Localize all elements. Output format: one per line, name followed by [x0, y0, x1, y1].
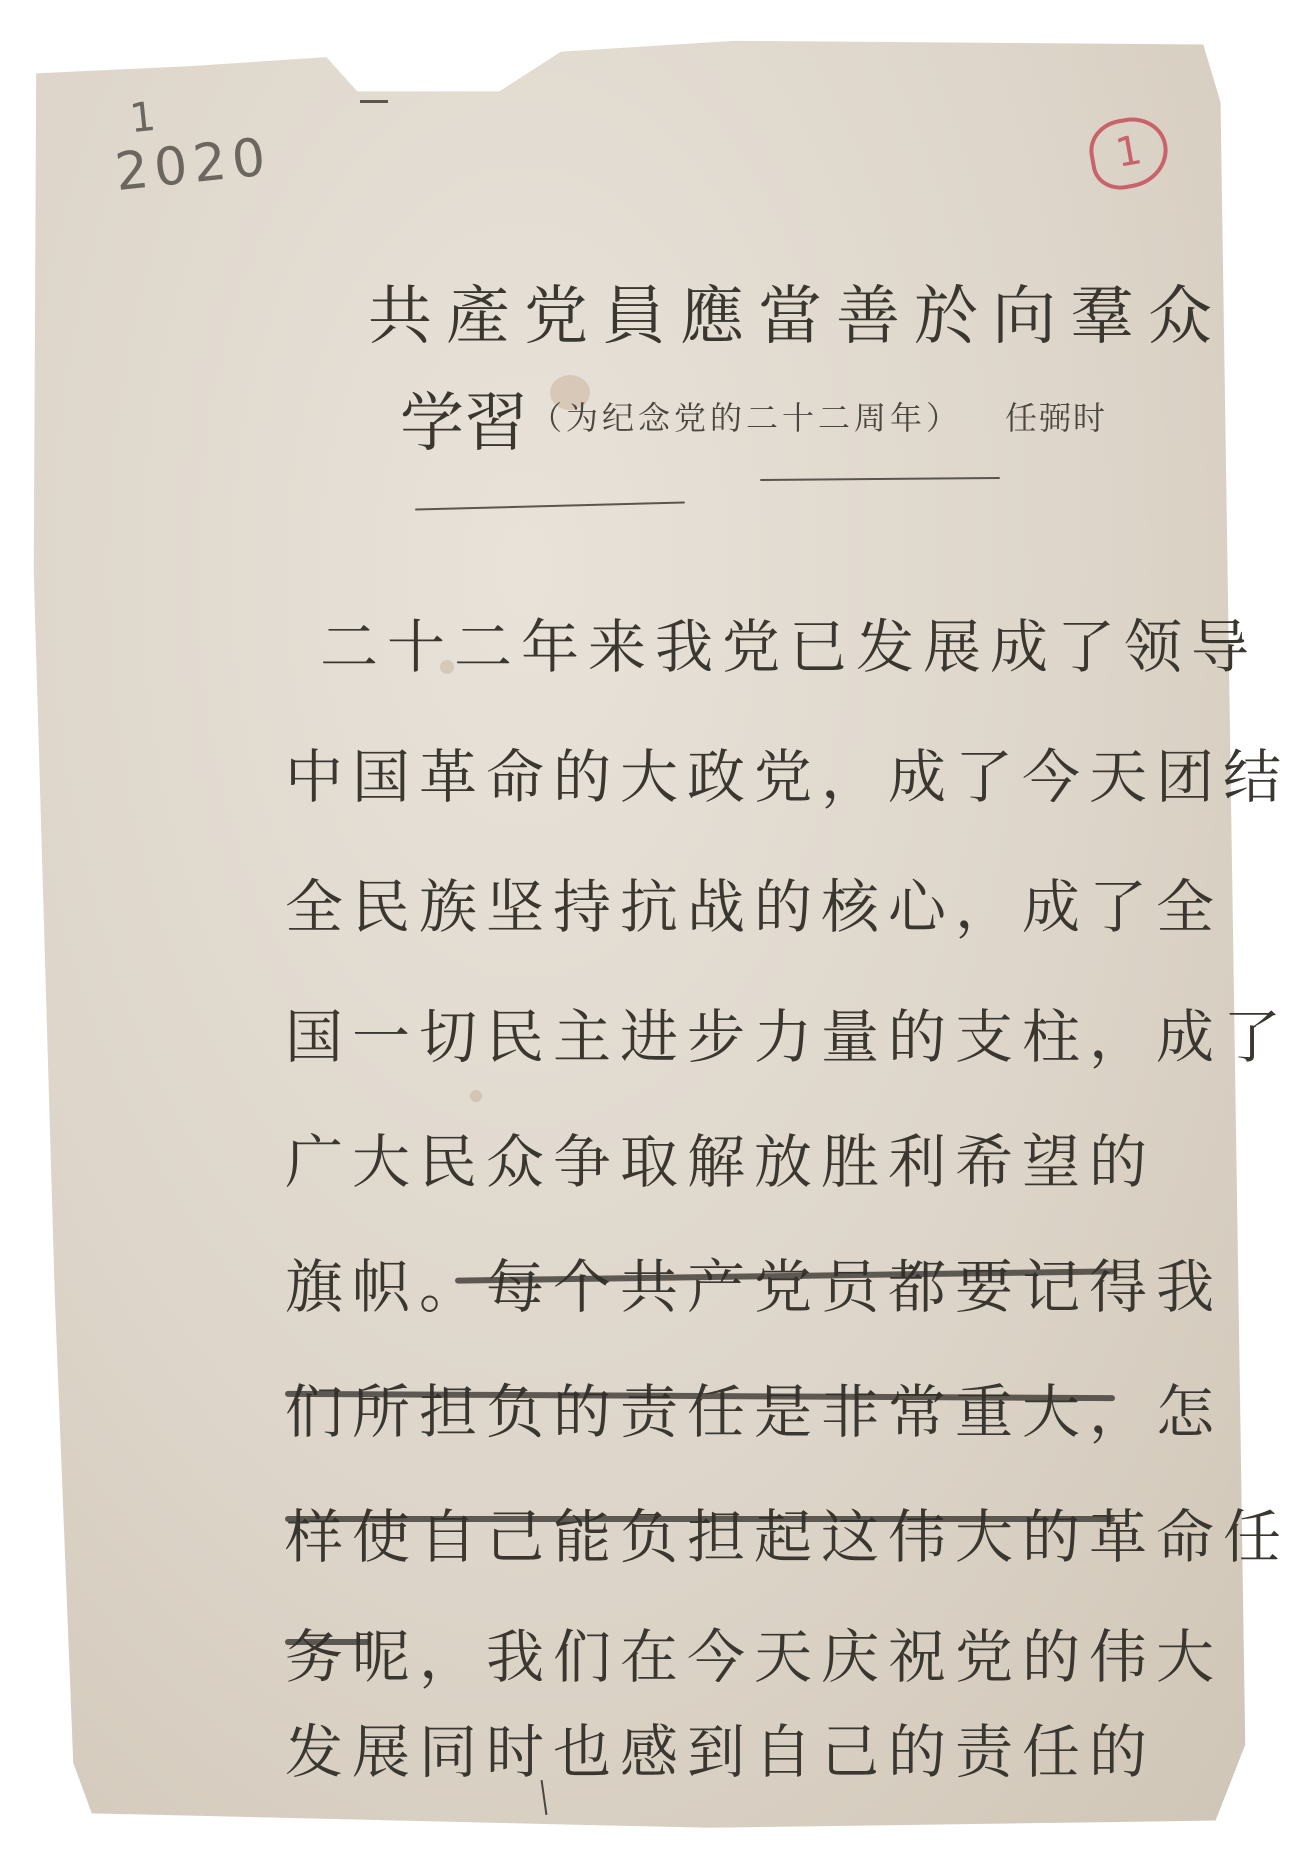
strikethrough [285, 1516, 1115, 1522]
body-line: 二十二年来我党已发展成了领导 [320, 600, 1258, 684]
body-line: 国一切民主进步力量的支柱，成了 [285, 990, 1290, 1074]
body-line-struck: 样使自己能负担起这伟大的革命任 [285, 1490, 1290, 1574]
corner-dash [360, 100, 388, 103]
title-line-2: 学習 [400, 372, 528, 464]
corner-mark: 1 [128, 94, 158, 142]
body-line-struck: 们所担负的责任是非常重大，怎 [285, 1365, 1223, 1449]
stain [470, 1090, 482, 1102]
author: 任弼时 [1005, 393, 1107, 439]
body-line: 全民族坚持抗战的核心，成了全 [285, 860, 1223, 944]
body-line: 务呢，我们在今天庆祝党的伟大 [285, 1610, 1223, 1694]
body-line: 中国革命的大政党，成了今天团结 [285, 730, 1290, 814]
body-line: 发展同时也感到自己的责任的 [285, 1705, 1156, 1789]
body-line: 广大民众争取解放胜利希望的 [285, 1115, 1156, 1199]
strikethrough [285, 1639, 370, 1645]
title-line-1: 共產党員應當善於向羣众 [368, 265, 1226, 357]
subtitle: （为纪念党的二十二周年） [530, 393, 962, 439]
body-line-struck: 旗帜。每个共产党员都要记得我 [285, 1240, 1223, 1324]
